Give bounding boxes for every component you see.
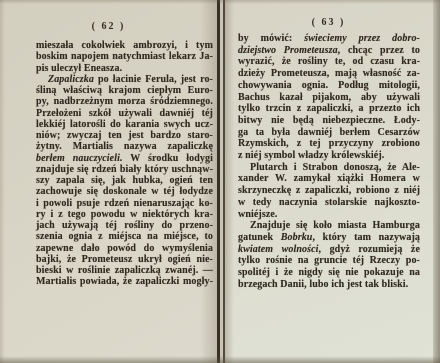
text-line: zapewne dało powód do wymyślenia: [36, 243, 213, 254]
italic-text-segment: Bobrku: [281, 232, 313, 243]
text-line: by mówić: świeciemy przez dobro-: [238, 33, 420, 45]
text-segment: py, nadbrzeżnym morza śródziemnego.: [36, 96, 213, 107]
text-line: dzieży Prometeusza, mają własność za-: [238, 68, 420, 80]
text-line: kwiatem wolności, gdyż rozumieją że: [238, 244, 420, 256]
text-line: berłem nauczycieli. W środku łodygi: [36, 153, 213, 164]
text-segment: żytny. Martialis nazywa zapaliczkę: [36, 141, 213, 152]
text-segment: bitwy nie będą niebezpieczne. Łody-: [238, 115, 420, 126]
text-line: bieski w roślinie zapaliczką zwanéj. —: [36, 265, 213, 276]
text-segment: spolitéj i że nigdy się nie pokazuje na: [238, 267, 420, 278]
italic-text-segment: Zapaliczka: [48, 74, 94, 85]
text-line: chowywania ognia. Podług mitologii,: [238, 80, 420, 92]
text-segment: Martialis powiada, że zapaliczki mogły-: [36, 276, 213, 287]
text-segment: zapewne dało powód do wymyślenia: [36, 243, 213, 254]
text-line: tylko trzcin z zapaliczki, a przezto ich: [238, 103, 420, 115]
text-line: pis uleczył Eneasza.: [36, 63, 213, 74]
text-line: ry i z tego powodu w niektórych kra-: [36, 209, 213, 220]
text-line: ga ta była dawniéj berłem Cesarzów: [238, 127, 420, 139]
text-segment: ry i z tego powodu w niektórych kra-: [36, 209, 213, 220]
text-line: Przełożeni szkół używali dawniéj téj: [36, 108, 213, 119]
italic-text-segment: berłem nauczycieli.: [36, 153, 123, 164]
text-line: py, nadbrzeżnym morza śródziemnego.: [36, 96, 213, 107]
gutter-shadow-right: [225, 0, 234, 363]
text-line: mieszała cokolwiek ambrozyi, i tym: [36, 40, 213, 51]
text-segment: wniéjsze.: [238, 209, 278, 220]
book-scan: ( 62 ) mieszała cokolwiek ambrozyi, i ty…: [0, 0, 440, 363]
text-line: Martialis powiada, że zapaliczki mogły-: [36, 276, 213, 287]
text-segment: dzieży Prometeusza, mają własność za-: [238, 68, 420, 79]
text-line: wniéjsze.: [238, 209, 420, 221]
text-line: jach używają téj rośliny do przeno-: [36, 220, 213, 231]
text-line: Bachus kazał pijakom, aby używali: [238, 92, 420, 104]
text-segment: skrzyneczkę z zapaliczki, robiono z niéj: [238, 185, 420, 196]
text-segment: w tedy naczynia stolarskie najkoszto-: [238, 197, 420, 208]
text-line: niów; zwyczaj ten jest bardzo staro-: [36, 130, 213, 141]
text-line: bitwy nie będą niebezpieczne. Łody-: [238, 115, 420, 127]
text-segment: po łacinie Ferula, jest ro-: [94, 74, 213, 85]
text-segment: z niéj symbol władzy królewskiéj.: [238, 150, 384, 161]
text-line: gatunek Bobrku, który tam nazywają: [238, 232, 420, 244]
text-segment: niów; zwyczaj ten jest bardzo staro-: [36, 130, 213, 141]
text-line: Znajduje się koło miasta Hamburga: [238, 220, 420, 232]
text-segment: bajki, że Prometeusz ukrył ogień nie-: [36, 254, 213, 265]
text-segment: szenia ognia z miéjsca na miéjsce, to: [36, 231, 213, 242]
text-segment: brzegach Danii, lubo ich jest tak bliski…: [238, 279, 408, 290]
text-segment: by mówić:: [238, 33, 304, 44]
gutter-shadow-left: [200, 0, 217, 363]
text-line: lekkiéj latorośli do karania swych ucz-: [36, 119, 213, 130]
text-line: Zapaliczka po łacinie Ferula, jest ro-: [36, 74, 213, 85]
text-segment: bieski w roślinie zapaliczką zwanéj. —: [36, 265, 213, 276]
text-line: z niéj symbol władzy królewskiéj.: [238, 150, 420, 162]
text-segment: zachowuje się doskonale w téj łodydze: [36, 186, 213, 197]
text-line: Plutarch i Strabon donoszą, że Ale-: [238, 162, 420, 174]
page-number-right: ( 63 ): [224, 17, 433, 28]
italic-text-segment: kwiatem wolności: [238, 244, 319, 255]
text-segment: Znajduje się koło miasta Hamburga: [250, 220, 420, 231]
text-segment: pis uleczył Eneasza.: [36, 63, 122, 74]
text-segment: szy zapala się, jak hubka, ogień ten: [36, 175, 213, 186]
text-line: wyrazić, że rośliny te, od czasu kra-: [238, 56, 420, 68]
text-segment: Przełożeni szkół używali dawniéj téj: [36, 108, 213, 119]
page-edge-right: [433, 0, 440, 363]
page-left: ( 62 ) mieszała cokolwiek ambrozyi, i ty…: [0, 0, 217, 363]
text-segment: Bachus kazał pijakom, aby używali: [238, 92, 420, 103]
text-segment: , chcąc przez to: [338, 45, 420, 56]
text-segment: chowywania ognia. Podług mitologii,: [238, 80, 420, 91]
text-line: żytny. Martialis nazywa zapaliczkę: [36, 141, 213, 152]
text-segment: boskim napojem natychmiast lekarz Ja-: [36, 51, 213, 62]
page-number-left: ( 62 ): [0, 21, 217, 32]
text-segment: ga ta była dawniéj berłem Cesarzów: [238, 127, 420, 138]
page-right: ( 63 ) by mówić: świeciemy przez dobro-d…: [224, 0, 433, 363]
italic-text-segment: dziejstwo Prometeusza: [238, 45, 338, 56]
text-segment: xander W. zamykał xiążki Homera w: [238, 173, 420, 184]
text-line: bajki, że Prometeusz ukrył ogień nie-: [36, 254, 213, 265]
text-segment: lekkiéj latorośli do karania swych ucz-: [36, 119, 213, 130]
text-segment: Rzymskich, z tej przyczyny zrobiono: [238, 138, 420, 149]
text-line: zachowuje się doskonale w téj łodydze: [36, 186, 213, 197]
text-segment: mieszała cokolwiek ambrozyi, i tym: [36, 40, 213, 51]
text-segment: znajduje się rdzeń biały który uschnąw-: [36, 164, 213, 175]
text-line: brzegach Danii, lubo ich jest tak bliski…: [238, 279, 420, 291]
text-segment: , gdyż rozumieją że: [319, 244, 420, 255]
text-line: tylko rośnie na gruncie téj Rzeczy po-: [238, 255, 420, 267]
text-line: szy zapala się, jak hubka, ogień ten: [36, 175, 213, 186]
text-line: boskim napojem natychmiast lekarz Ja-: [36, 51, 213, 62]
text-line: skrzyneczkę z zapaliczki, robiono z niéj: [238, 185, 420, 197]
text-line: spolitéj i że nigdy się nie pokazuje na: [238, 267, 420, 279]
right-text-block: by mówić: świeciemy przez dobro-dziejstw…: [238, 33, 420, 290]
text-line: Rzymskich, z tej przyczyny zrobiono: [238, 138, 420, 150]
text-line: znajduje się rdzeń biały który uschnąw-: [36, 164, 213, 175]
text-line: w tedy naczynia stolarskie najkoszto-: [238, 197, 420, 209]
text-segment: tylko rośnie na gruncie téj Rzeczy po-: [238, 255, 420, 266]
text-segment: gatunek: [238, 232, 281, 243]
text-line: dziejstwo Prometeusza, chcąc przez to: [238, 45, 420, 57]
left-text-block: mieszała cokolwiek ambrozyi, i tymboskim…: [36, 40, 213, 288]
text-segment: jach używają téj rośliny do przeno-: [36, 220, 213, 231]
text-segment: i powoli psuje rdzeń nienaruszając ko-: [36, 198, 213, 209]
text-segment: śliną właściwą krajom ciepłym Euro-: [36, 85, 213, 96]
text-segment: , który tam nazywają: [312, 232, 420, 243]
text-segment: tylko trzcin z zapaliczki, a przezto ich: [238, 103, 420, 114]
text-line: i powoli psuje rdzeń nienaruszając ko-: [36, 198, 213, 209]
italic-text-segment: świeciemy przez dobro-: [304, 33, 420, 44]
text-line: śliną właściwą krajom ciepłym Euro-: [36, 85, 213, 96]
text-segment: Plutarch i Strabon donoszą, że Ale-: [250, 162, 420, 173]
text-line: szenia ognia z miéjsca na miéjsce, to: [36, 231, 213, 242]
text-segment: wyrazić, że rośliny te, od czasu kra-: [238, 56, 420, 67]
text-line: xander W. zamykał xiążki Homera w: [238, 173, 420, 185]
